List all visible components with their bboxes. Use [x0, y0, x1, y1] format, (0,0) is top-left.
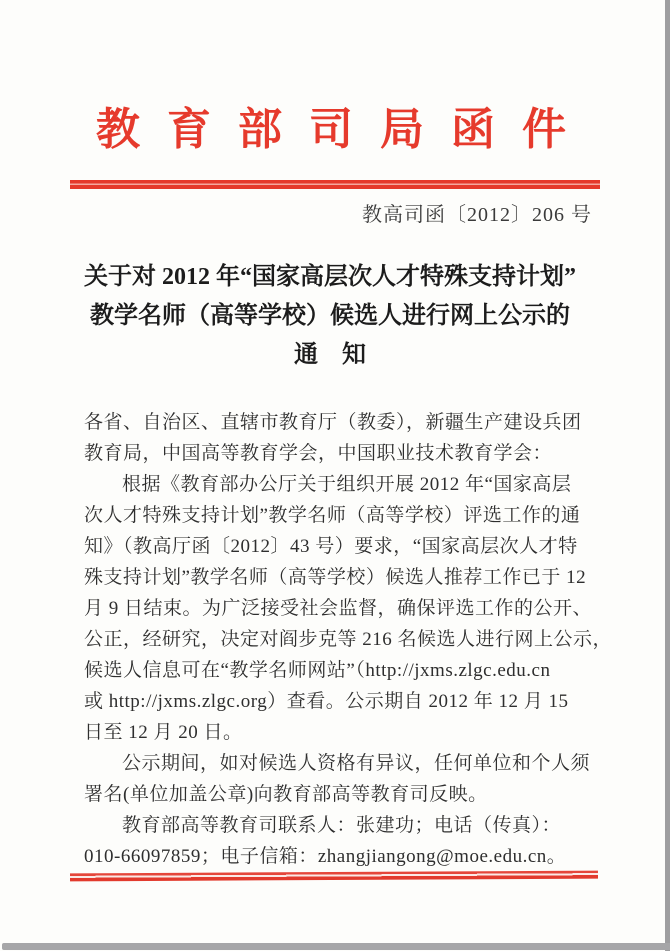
body-line: 根据《教育部办公厅关于组织开展 2012 年“国家高层: [84, 469, 596, 500]
body-line: 知》（教高厅函〔2012〕43 号）要求，“国家高层次人才特: [84, 531, 596, 562]
body-line: 月 9 日结束。为广泛接受社会监督，确保评选工作的公开、: [84, 593, 596, 624]
notice-title: 关于对 2012 年“国家高层次人才特殊支持计划” 教学名师（高等学校）候选人进…: [0, 258, 660, 375]
closing-double-rule: [70, 871, 598, 882]
document-number: 教高司函〔2012〕206 号: [362, 198, 592, 227]
scan-edge-bottom: [2, 943, 670, 950]
body-line: 教育局，中国高等教育学会，中国职业技术教育学会：: [84, 438, 596, 469]
scanned-document-page: 教育部司局函件 教高司函〔2012〕206 号 关于对 2012 年“国家高层次…: [0, 0, 670, 951]
scan-edge-right: [665, 0, 670, 951]
notice-title-line-3: 通 知: [0, 336, 660, 375]
body-line: 日至 12 月 20 日。: [84, 717, 596, 748]
body-line: 殊支持计划”教学名师（高等学校）候选人推荐工作已于 12: [84, 562, 596, 593]
body-line: 候选人信息可在“教学名师网站”（http://jxms.zlgc.edu.cn: [84, 655, 596, 686]
notice-title-line-1: 关于对 2012 年“国家高层次人才特殊支持计划”: [0, 258, 660, 297]
letterhead-red-rule: [70, 180, 600, 189]
letterhead-org-title: 教育部司局函件: [0, 101, 662, 159]
notice-title-line-2: 教学名师（高等学校）候选人进行网上公示的: [0, 297, 660, 336]
body-line: 署名(单位加盖公章)向教育部高等教育司反映。: [84, 779, 596, 810]
body-line: 教育部高等教育司联系人：张建功；电话（传真）：: [84, 810, 596, 841]
body-line: 或 http://jxms.zlgc.org）查看。公示期自 2012 年 12…: [84, 686, 596, 717]
body-line: 各省、自治区、直辖市教育厅（教委），新疆生产建设兵团: [84, 407, 596, 438]
body-line: 次人才特殊支持计划”教学名师（高等学校）评选工作的通: [84, 500, 596, 531]
body-line: 公正，经研究，决定对阎步克等 216 名候选人进行网上公示，: [84, 624, 596, 655]
letter-body: 各省、自治区、直辖市教育厅（教委），新疆生产建设兵团 教育局，中国高等教育学会，…: [84, 407, 596, 872]
body-line: 010-66097859；电子信箱：zhangjiangong@moe.edu.…: [84, 841, 596, 872]
body-line: 公示期间，如对候选人资格有异议，任何单位和个人须: [84, 748, 596, 779]
